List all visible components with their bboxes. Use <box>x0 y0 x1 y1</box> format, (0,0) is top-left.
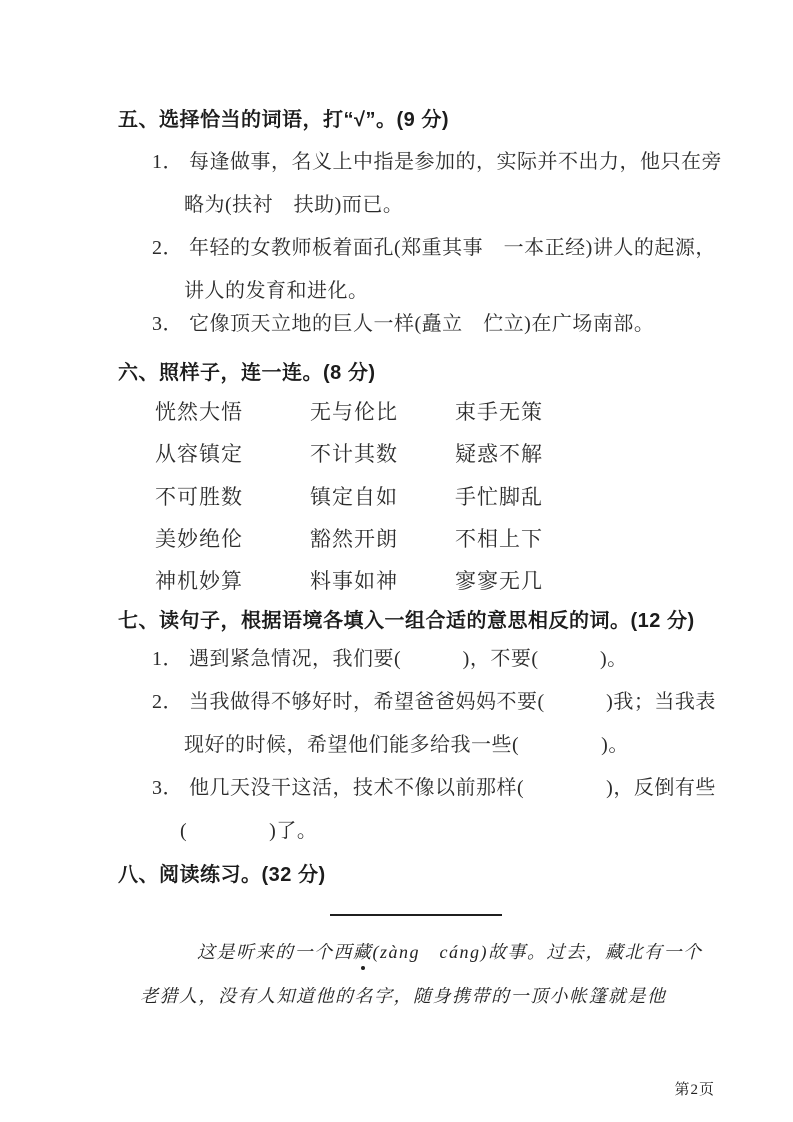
word-item: 束手无策 <box>455 396 543 426</box>
section5-item1-line1: 1．每逢做事，名义上中指是参加的，实际并不出力，他只在旁 <box>152 150 722 174</box>
passage-line2: 老猎人，没有人知道他的名字，随身携带的一顶小帐篷就是他 <box>140 982 667 1008</box>
item-text: 当我做得不够好时，希望爸爸妈妈不要( )我；当我表 <box>189 691 716 713</box>
section7-item2-line1: 2．当我做得不够好时，希望爸爸妈妈不要( )我；当我表 <box>152 690 716 714</box>
item-text: 它像顶天立地的巨人一样(矗立 伫立)在广场南部。 <box>189 313 654 335</box>
emphasis-dot-char: 藏 <box>353 938 373 964</box>
section5-item2-line1: 2．年轻的女教师板着面孔(郑重其事 一本正经)讲人的起源， <box>152 236 716 260</box>
word-item: 疑惑不解 <box>455 438 543 468</box>
word-item: 恍然大悟 <box>155 396 243 426</box>
item-number: 2． <box>152 690 183 714</box>
word-item: 料事如神 <box>310 565 398 595</box>
section5-heading: 五、选择恰当的词语，打“√”。(9 分) <box>118 103 449 132</box>
section7-item3-line2: ( )了。 <box>180 819 317 843</box>
word-item: 不相上下 <box>455 523 543 553</box>
word-item: 豁然开朗 <box>310 523 398 553</box>
word-item: 不计其数 <box>310 438 398 468</box>
section8-heading: 八、阅读练习。(32 分) <box>118 858 326 887</box>
item-text: 每逢做事，名义上中指是参加的，实际并不出力，他只在旁 <box>189 151 722 173</box>
item-text: 年轻的女教师板着面孔(郑重其事 一本正经)讲人的起源， <box>189 237 716 259</box>
word-item: 美妙绝伦 <box>155 523 243 553</box>
item-number: 1． <box>152 647 183 671</box>
item-number: 1． <box>152 150 183 174</box>
section5-item1-line2: 略为(扶衬 扶助)而已。 <box>184 193 403 217</box>
passage-title-blank-line <box>330 898 502 916</box>
item-number: 3． <box>152 776 183 800</box>
word-item: 不可胜数 <box>155 481 243 511</box>
section7-item2-line2: 现好的时候，希望他们能多给我一些( )。 <box>184 733 629 757</box>
item-text: 他几天没干这活，技术不像以前那样( )，反倒有些 <box>189 777 716 799</box>
passage-text: (zàng cáng)故事。过去，藏北有一个 <box>373 942 703 962</box>
section7-heading: 七、读句子，根据语境各填入一组合适的意思相反的词。(12 分) <box>118 604 695 633</box>
word-item: 神机妙算 <box>155 565 243 595</box>
item-text: 遇到紧急情况，我们要( )，不要( )。 <box>189 648 628 670</box>
section7-item1-line1: 1．遇到紧急情况，我们要( )，不要( )。 <box>152 647 628 671</box>
section5-item2-line2: 讲人的发育和进化。 <box>184 279 369 303</box>
worksheet-page: 五、选择恰当的词语，打“√”。(9 分) 1．每逢做事，名义上中指是参加的，实际… <box>0 0 793 1122</box>
passage-text: 这是听来的一个西 <box>197 942 353 962</box>
item-number: 3． <box>152 312 183 336</box>
word-item: 镇定自如 <box>310 481 398 511</box>
word-item: 无与伦比 <box>310 396 398 426</box>
section5-item3-line1: 3．它像顶天立地的巨人一样(矗立 伫立)在广场南部。 <box>152 312 654 336</box>
word-item: 寥寥无几 <box>455 565 543 595</box>
item-number: 2． <box>152 236 183 260</box>
passage-line1: 这是听来的一个西藏(zàng cáng)故事。过去，藏北有一个 <box>197 938 702 964</box>
page-number: 第2页 <box>674 1078 715 1099</box>
word-item: 从容镇定 <box>155 438 243 468</box>
word-item: 手忙脚乱 <box>455 481 543 511</box>
section6-heading: 六、照样子，连一连。(8 分) <box>118 356 376 385</box>
section7-item3-line1: 3．他几天没干这活，技术不像以前那样( )，反倒有些 <box>152 776 716 800</box>
